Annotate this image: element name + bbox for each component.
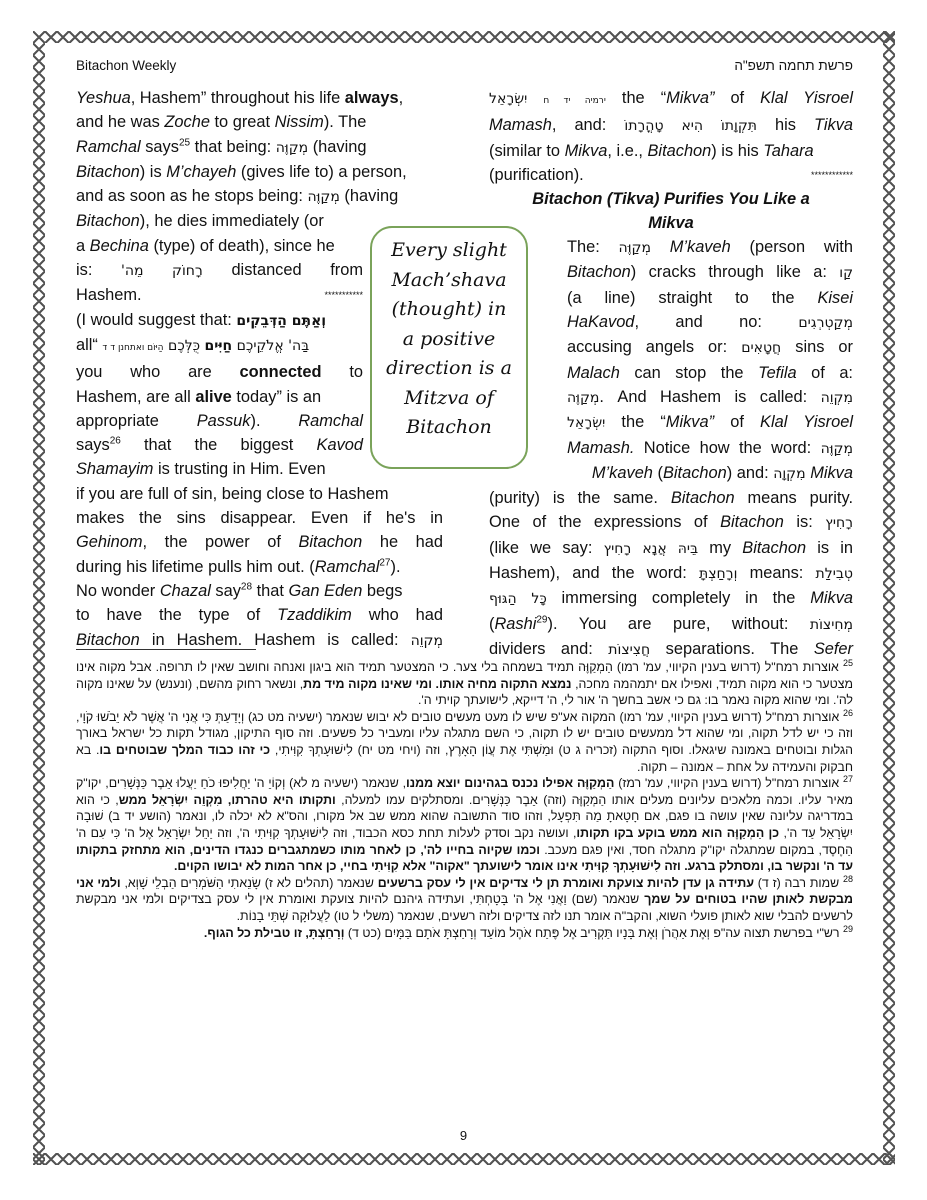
text-line: all“ בַּה' אֱלֹקֵיכֶם חַיִּים כֻּלְּכֶם … (76, 333, 363, 360)
footnote-bold-text: וְרָחַצְתָּ, זו טבילת כל הגוף. (204, 926, 345, 940)
text-line: M’kaveh (Bitachon) and: מִקְוָה Mikva (567, 461, 853, 486)
text-line: ירמיה יד ח יִשְׂרָאֵל the “Mikva” of Kla… (489, 86, 853, 113)
text-line: Shamayim is trusting in Him. Even (76, 457, 363, 481)
text-line: Bitachon) cracks through like a: קַו (567, 260, 853, 285)
footnote-29: 29 רש"י בפרשת תצוה עה"פ וְאֶת אַהֲרֹן וְ… (76, 925, 853, 942)
text-line: during his lifetime pulls him out. (Ramc… (76, 555, 443, 579)
section-heading: Bitachon (Tikva) Purifies You Like aMikv… (489, 187, 853, 235)
footnote-26: 26 אוצרות רמח"ל (דרוש בענין הקיווי, עמ' … (76, 709, 853, 775)
footnote-bold-text: כן הַמְקַוֶּה הוא ממש בוקע בקו תקותו (576, 826, 779, 840)
footnote-number: 27 (843, 774, 853, 784)
footnote-text: שמות רבה (ז ד) (754, 876, 839, 890)
footnote-text: שנאמר (תהלים לא ז) שָׂנֵאתִי הַשֹּׁמְרִי… (121, 876, 378, 890)
text-line: מְקַוֶּה. And Hashem is called: מִקְוֵה (567, 385, 853, 410)
page-number: 9 (0, 1128, 927, 1143)
text-line: Yeshua, Hashem” throughout his life alwa… (76, 86, 443, 110)
decorative-border-right (883, 31, 895, 1165)
text-line: Hashem), and the word: וְרָחַצְתָּ means… (489, 561, 853, 586)
text-line: (purity) is the same. Bitachon means pur… (489, 486, 853, 510)
text-line: Mamash. Notice how the word: מְקַוֶּה (567, 436, 853, 461)
text-line: accusing angels or: חֲטָאִים sins or (567, 335, 853, 360)
footnote-27: 27 אוצרות רמח"ל (דרוש בענין הקיווי, עמ' … (76, 775, 853, 875)
text-line: HaKavod, and no: מְקַטְרְגִים (567, 310, 853, 335)
section-separator: *********** (324, 283, 363, 307)
text-line: says26 that the biggest Kavod (76, 433, 363, 457)
decorative-border-bottom (33, 1153, 895, 1165)
footnote-bold-text: כי זהו כבוד המלך שבוטחים בו (99, 743, 270, 757)
right-column: ירמיה יד ח יִשְׂרָאֵל the “Mikva” of Kla… (489, 86, 853, 662)
footnote-bold-text: ותקותו היא טהרתו, מִקְוֵה יִשְׂרָאֵל ממש (119, 793, 336, 807)
footnote-number: 25 (843, 658, 853, 668)
footnote-25: 25 אוצרות רמח"ל (דרוש בענין הקיווי, עמ' … (76, 659, 853, 709)
text-line: and he was Zoche to great Nissim). The (76, 110, 443, 134)
text-line: יִשְׂרָאֵל the “Mikva” of Klal Yisroel (567, 410, 853, 435)
text-line: Ramchal says25 that being: מְקַוֶּה (hav… (76, 135, 443, 160)
publication-title: Bitachon Weekly (76, 58, 176, 73)
footnote-bold-text: נמצא התקוה מחיה אותו. ומי שאינו מקוה מיד… (303, 677, 571, 691)
text-line: Gehinom, the power of Bitachon he had (76, 530, 443, 554)
footnotes-section: 25 אוצרות רמח"ל (דרוש בענין הקיווי, עמ' … (76, 659, 853, 941)
decorative-border-top (33, 31, 895, 43)
text-line: (purification). ************ (489, 163, 853, 187)
text-line: you who are connected to (76, 360, 363, 384)
text-line: appropriate Passuk). Ramchal (76, 409, 363, 433)
text-line: Hashem, are all alive today” is an (76, 385, 363, 409)
text-line: (like we say: בֵּיהּ אֲנָא רָחִיץ my Bit… (489, 536, 853, 561)
text-line: The: מְקַוֶּה M’kaveh (person with (567, 235, 853, 260)
footnote-text: אוצרות רמח"ל (דרוש בענין הקיווי, עמ' רמז… (614, 776, 839, 790)
text-line: One of the expressions of Bitachon is: ר… (489, 510, 853, 535)
footnote-number: 28 (843, 874, 853, 884)
text-line: and as soon as he stops being: מְקַוֶּה … (76, 184, 443, 209)
text-line: makes the sins disappear. Even if he's i… (76, 506, 443, 530)
text-line: if you are full of sin, being close to H… (76, 482, 443, 506)
text-line: (a line) straight to the Kisei (567, 286, 853, 310)
footnote-28: 28 שמות רבה (ז ד) עתידה גן עדן להיות צוע… (76, 875, 853, 925)
text-line: to have the type of Tzaddikim who had (76, 603, 443, 627)
text-line: Bitachon), he dies immediately (or (76, 209, 363, 233)
decorative-border-left (33, 31, 45, 1165)
footnote-bold-text: הַמְקַוֶּה אפילו נכנס בגהינום יוצא ממנו (406, 776, 614, 790)
text-line: is: רָחוֹק מֵה' distanced from (76, 258, 363, 283)
parsha-title: פרשת תחמה תשפ"ה (734, 58, 853, 73)
text-line: כָּל הַגּוּף immersing completely in the… (489, 586, 853, 611)
page-header: Bitachon Weekly פרשת תחמה תשפ"ה (76, 58, 853, 78)
text-line: Mamash, and: תִּקְוָתוֹ הִיא טָהֳרָתוֹ h… (489, 113, 853, 138)
text-line: Malach can stop the Tefila of a: (567, 361, 853, 385)
text-line: (similar to Mikva, i.e., Bitachon) is hi… (489, 139, 853, 163)
text-line: Bitachon) is M’chayeh (gives life to) a … (76, 160, 443, 184)
text-line: No wonder Chazal say28 that Gan Eden beg… (76, 579, 443, 603)
body-text-narrow: The: מְקַוֶּה M’kaveh (person with Bitac… (489, 235, 853, 486)
text-line: (Rashi29). You are pure, without: מְחִיצ… (489, 612, 853, 637)
section-separator: ************ (811, 163, 853, 187)
footnote-text: רש"י בפרשת תצוה עה"פ וְאֶת אַהֲרֹן וְאֶת… (344, 926, 839, 940)
text-line: (I would suggest that: וְאַתֶּם הַדְּבֵק… (76, 308, 363, 333)
footnote-number: 29 (843, 923, 853, 933)
footnote-number: 26 (843, 708, 853, 718)
footnote-bold-text: עתידה גן עדן להיות צועקת ואומרת תן לי צד… (378, 876, 754, 890)
footnote-separator (76, 649, 256, 650)
text-line: a Bechina (type) of death), since he (76, 234, 363, 258)
text-line: Hashem. *********** (76, 283, 363, 307)
